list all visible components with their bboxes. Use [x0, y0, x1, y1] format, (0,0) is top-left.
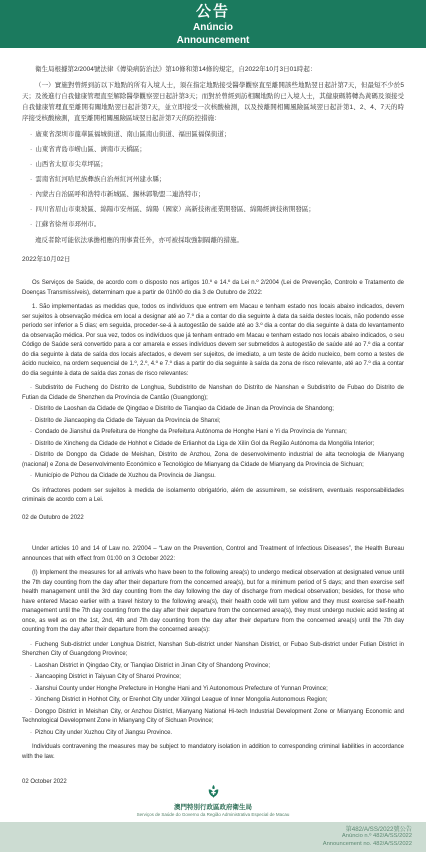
section-chinese: 衛生局根據第2/2004號法律《傳染病防治法》第10條和第14條的規定，自202…	[22, 64, 404, 265]
list-item: Pizhou City under Xuzhou City of Jiangsu…	[22, 729, 404, 739]
list-item: Distrito de Laoshan da Cidade de Qingdao…	[22, 405, 404, 415]
health-bureau-logo-icon	[206, 784, 221, 799]
pt-intro: Os Serviços de Saúde, de acordo com o di…	[22, 279, 404, 298]
list-item: 江蘇省徐州市邳州市。	[22, 219, 404, 230]
list-item: Município de Pizhou da Cidade de Xuzhou …	[22, 472, 404, 482]
list-item: Condado de Jianshui da Prefeitura de Hon…	[22, 428, 404, 438]
cn-date: 2022年10月02日	[22, 254, 404, 265]
cn-paragraph: （一）實施對曾經到訪以下地點的所有入境人士，須在指定地點接受醫學觀察直至離開該些…	[22, 80, 404, 124]
list-item: Distrito de Jiancaoping da Cidade de Tai…	[22, 417, 404, 427]
issuer-block: 澳門特別行政區政府衛生局 Serviços de Saúde do Govern…	[0, 784, 426, 822]
en-paragraph: (I) Implement the measures for all arriv…	[22, 569, 404, 636]
list-item: Distrito de Dongpo da Cidade de Meishan,…	[22, 451, 404, 470]
pt-penalty: Os infractores podem ser sujeitos à medi…	[22, 487, 404, 506]
issuer-name-zh: 澳門特別行政區政府衛生局	[0, 804, 426, 812]
banner-title-en: Announcement	[0, 34, 426, 47]
pt-paragraph: 1. São implementadas as medidas que, tod…	[22, 303, 404, 379]
footer: 澳門特別行政區政府衛生局 Serviços de Saúde do Govern…	[0, 784, 426, 852]
list-item: 雲南省紅河哈尼族彝族自治州紅河州建水縣；	[22, 174, 404, 185]
list-item: Subdistrito de Fucheng do Distrito de Lo…	[22, 384, 404, 403]
announcement-number-en: Announcement no. 482/A/SS/2022	[0, 841, 412, 848]
announcement-number-bar: 第482/A/SS/2022號公告 Anúncio n.º 482/A/SS/2…	[0, 822, 426, 852]
announcement-body: 衛生局根據第2/2004號法律《傳染病防治法》第10條和第14條的規定，自202…	[0, 48, 426, 788]
pt-date: 02 de Outubro de 2022	[22, 514, 404, 524]
en-intro: Under articles 10 and 14 of Law no. 2/20…	[22, 545, 404, 564]
announcement-banner: 公告 Anúncio Announcement	[0, 0, 426, 48]
list-item: Laoshan District in Qingdao City, or Tia…	[22, 662, 404, 672]
list-item: 山東省青島市嶗山區、濟南市天橋區；	[22, 144, 404, 155]
banner-title-pt: Anúncio	[0, 21, 426, 34]
list-item: Dongpo District in Meishan City, or Anzh…	[22, 708, 404, 727]
issuer-name-pt: Serviços de Saúde do Governo da Região A…	[0, 812, 426, 818]
list-item: 廣東省深圳市龍華區福城街道、南山區南山街道、福田區福保街道；	[22, 129, 404, 140]
list-item: Jiancaoping District in Taiyuan City of …	[22, 673, 404, 683]
announcement-page: 公告 Anúncio Announcement 衛生局根據第2/2004號法律《…	[0, 0, 426, 852]
list-item: 內蒙古自治區呼和浩特市新城區、錫林郭勒盟二連浩特市；	[22, 189, 404, 200]
list-item: Distrito de Xincheng da Cidade de Hohhot…	[22, 440, 404, 450]
list-item: 四川省眉山市東坡區、綿陽市安州區、綿陽（國家）高新技術產業開發區、綿陽經濟技術開…	[22, 204, 404, 215]
list-item: Fucheng Sub-district under Longhua Distr…	[22, 641, 404, 660]
section-portuguese: Os Serviços de Saúde, de acordo com o di…	[22, 279, 404, 523]
announcement-number-pt: Anúncio n.º 482/A/SS/2022	[0, 833, 412, 840]
list-item: 山西省太原市尖草坪區；	[22, 159, 404, 170]
section-english: Under articles 10 and 14 of Law no. 2/20…	[22, 545, 404, 788]
en-penalty: Individuals contravening the measures ma…	[22, 743, 404, 762]
cn-penalty: 違反者除可能依法承擔相應的刑事責任外，亦可被採取強制隔離的措施。	[22, 235, 404, 246]
list-item: Xincheng District in Hohhot City, or Ere…	[22, 696, 404, 706]
banner-title-zh: 公告	[0, 3, 426, 21]
cn-intro: 衛生局根據第2/2004號法律《傳染病防治法》第10條和第14條的規定，自202…	[22, 64, 404, 75]
list-item: Jianshui County under Honghe Prefecture …	[22, 685, 404, 695]
